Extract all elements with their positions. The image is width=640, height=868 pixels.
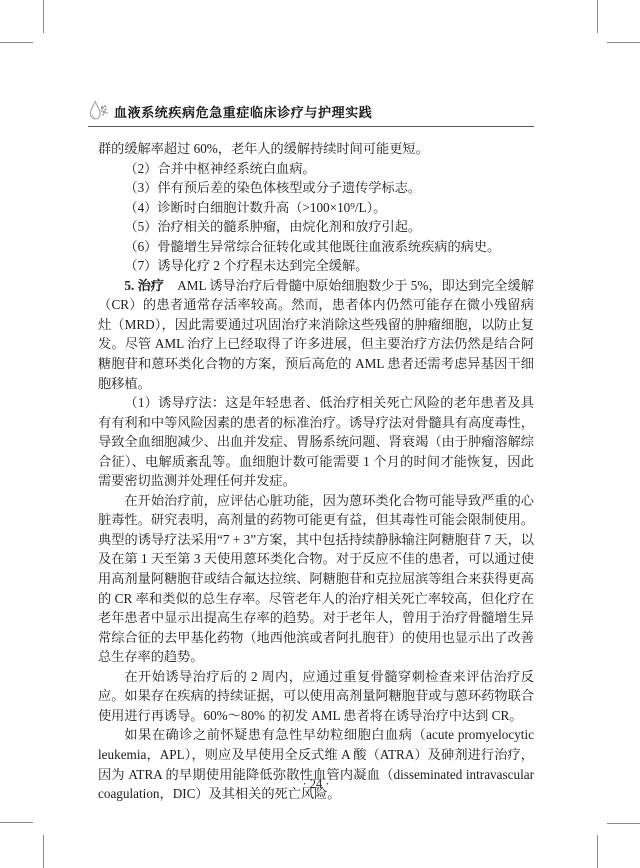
- list-item-6: （6）骨髓增生异常综合征转化或其他既往血液系统疾病的病史。: [98, 237, 534, 257]
- crop-mark-top-left-horizontal: [0, 42, 33, 43]
- page-header: 血液系统疾病危急重症临床诊疗与护理实践: [88, 100, 534, 127]
- list-item-4: （4）诊断时白细胞计数升高（>100×10⁹/L）。: [98, 198, 534, 218]
- list-item-2: （2）合并中枢神经系统白血病。: [98, 159, 534, 179]
- crop-mark-top-left-vertical: [43, 0, 44, 33]
- paragraph-induction-therapy: （1）诱导疗法：这是年轻患者、低治疗相关死亡风险的老年患者及具有有利和中等风险因…: [98, 393, 534, 491]
- crop-mark-bottom-left-vertical: [43, 835, 44, 868]
- paragraph-cardiac-evaluation: 在开始治疗前，应评估心脏功能，因为蒽环类化合物可能导致严重的心脏毒性。研究表明，…: [98, 491, 534, 667]
- paragraph-response-assessment: 在开始诱导治疗后的 2 周内，应通过重复骨髓穿刺检查来评估治疗反应。如果存在疾病…: [98, 667, 534, 726]
- crop-mark-top-right-vertical: [597, 0, 598, 33]
- list-item-3: （3）伴有预后差的染色体核型或分子遗传学标志。: [98, 178, 534, 198]
- paragraph-continuation: 群的缓解率超过 60%，老年人的缓解持续时间可能更短。: [98, 139, 534, 159]
- paragraph-treatment: 5. 治疗 AML 诱导治疗后骨髓中原始细胞数少于 5%，即达到完全缓解（CR）…: [98, 276, 534, 393]
- crop-mark-bottom-right-horizontal: [607, 823, 640, 824]
- blood-drop-flower-icon: [88, 100, 109, 122]
- section-5-label: 5. 治疗: [124, 278, 164, 293]
- book-title: 血液系统疾病危急重症临床诊疗与护理实践: [114, 102, 372, 121]
- page-number: · 24 ·: [302, 777, 329, 791]
- list-item-7: （7）诱导化疗 2 个疗程未达到完全缓解。: [98, 256, 534, 276]
- list-item-5: （5）治疗相关的髓系肿瘤，由烷化剂和放疗引起。: [98, 217, 534, 237]
- crop-mark-bottom-right-vertical: [597, 835, 598, 868]
- book-page: 血液系统疾病危急重症临床诊疗与护理实践 群的缓解率超过 60%，老年人的缓解持续…: [0, 0, 640, 868]
- crop-mark-top-right-horizontal: [607, 42, 640, 43]
- crop-mark-bottom-left-horizontal: [0, 822, 33, 823]
- page-content: 群的缓解率超过 60%，老年人的缓解持续时间可能更短。 （2）合并中枢神经系统白…: [98, 139, 534, 804]
- page-footer: · 24 ·: [98, 777, 534, 792]
- section-5-text: AML 诱导治疗后骨髓中原始细胞数少于 5%，即达到完全缓解（CR）的患者通常存…: [98, 278, 534, 391]
